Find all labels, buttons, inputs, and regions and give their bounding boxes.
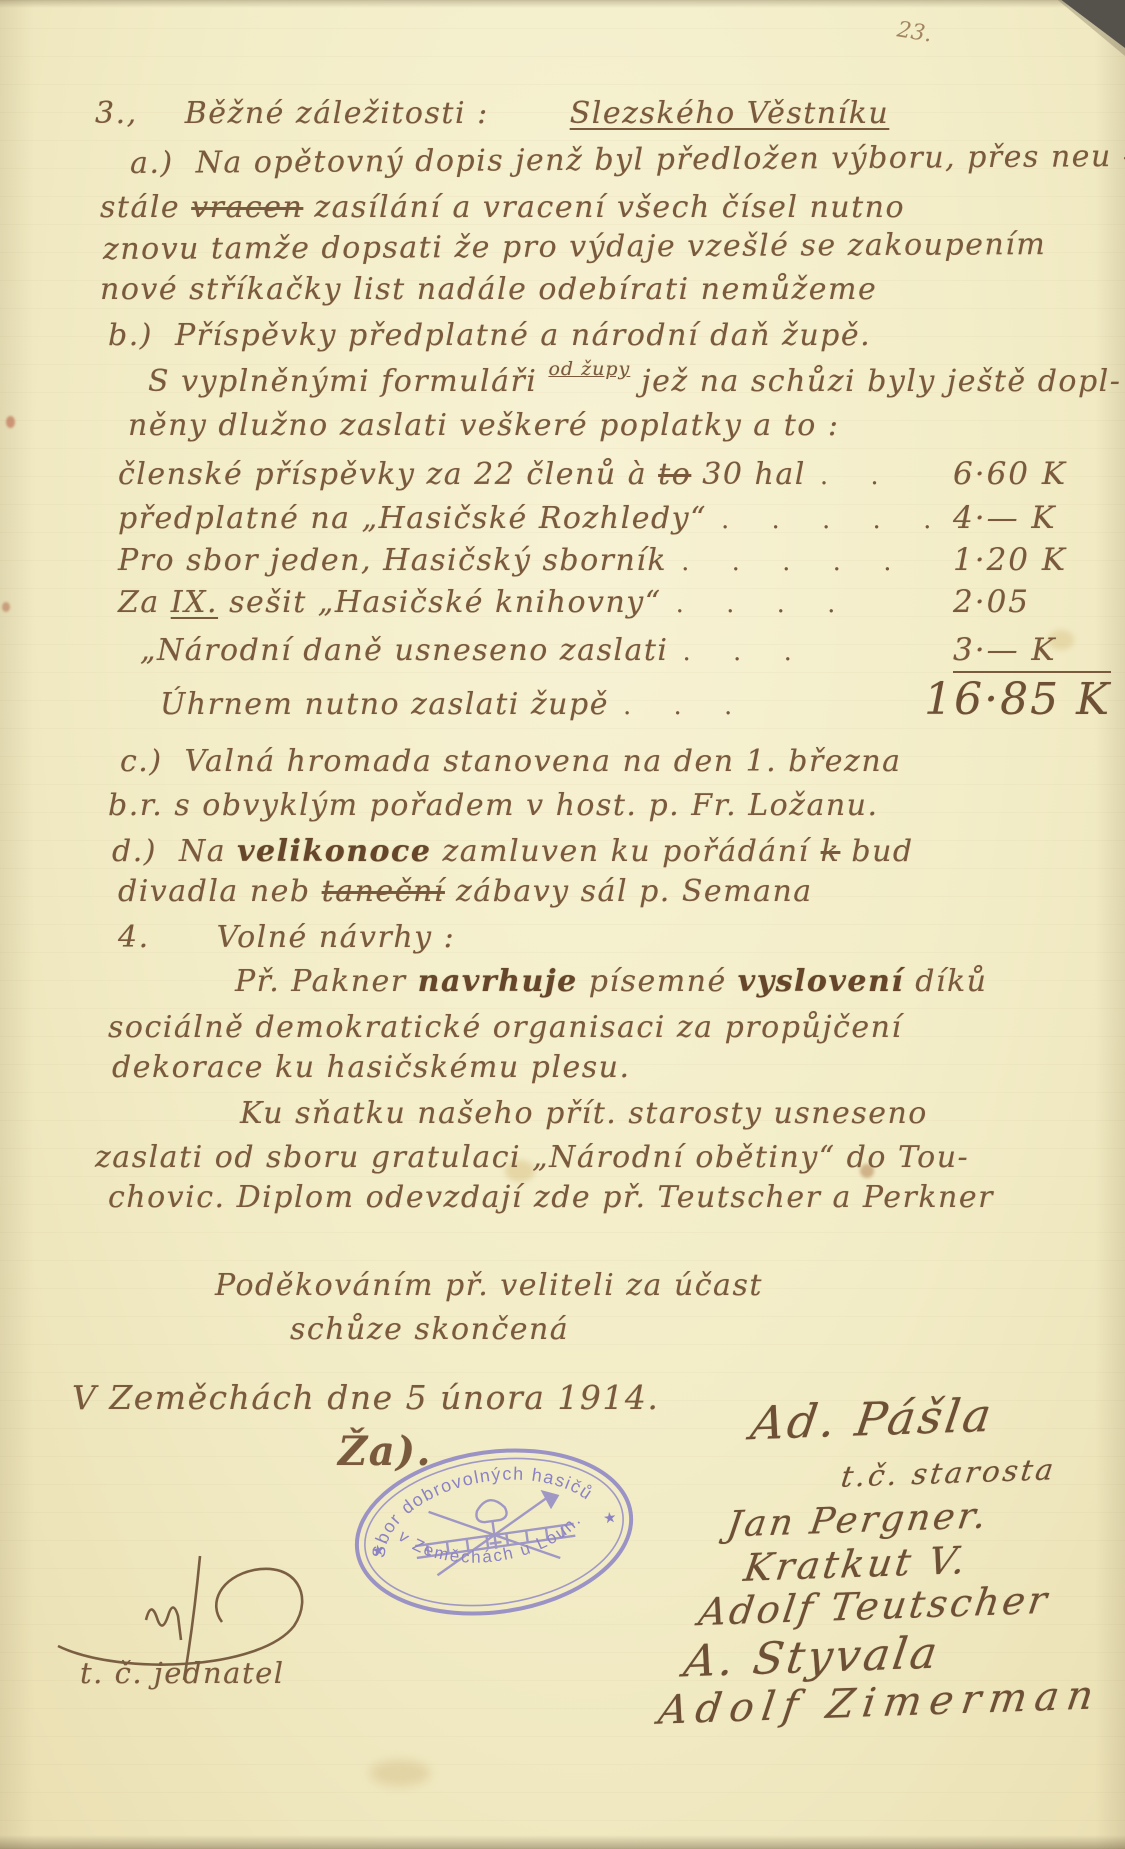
section-title: Běžné záležitosti : xyxy=(185,96,489,131)
stamp-bottom-text: v Zeměchách u Loun. xyxy=(393,1502,590,1579)
item-a-line4: nové stříkačky list nadále odebírati nem… xyxy=(100,272,877,307)
scan-edge-bottom xyxy=(0,1835,1125,1849)
volume-numeral: IX. xyxy=(171,585,218,620)
proposal-text1c: díků xyxy=(904,964,987,999)
item-c-marker: c.) xyxy=(120,744,163,779)
item-d-text1b: zamluven ku pořádání xyxy=(431,834,820,869)
item-d-struck-word: taneční xyxy=(322,874,445,909)
item-d-line1: d.)Na velikonoce zamluven ku pořádání k … xyxy=(112,834,914,869)
signature-starosta-role: t.č. starosta xyxy=(839,1452,1059,1493)
fee-amount: 4·— K xyxy=(953,500,1111,536)
fee-amount: 2·05 xyxy=(953,584,1111,620)
fee-total-label: Úhrnem nutno zaslati župě xyxy=(160,687,609,722)
item-a-text1: Na opětovný dopis jenž byl předložen výb… xyxy=(196,139,1125,181)
item-d-line2: divadla neb taneční zábavy sál p. Semana xyxy=(118,874,813,909)
fee-row-dan: „Národní daně usneseno zaslati . . . 3·—… xyxy=(118,632,1111,673)
scan-edge-top xyxy=(0,0,1125,8)
item-d-text2a: divadla neb xyxy=(118,874,322,909)
wedding-line1: Ku sňatku našeho přít. starosty usneseno xyxy=(240,1096,928,1131)
section-4-index: 4. xyxy=(118,920,150,955)
item-a-line2: stále vracen zasílání a vracení všech čí… xyxy=(100,190,905,225)
manuscript-page: 23. 3., Běžné záležitosti : Slezského Vě… xyxy=(0,0,1125,1849)
proposal-line2: sociálně demokratické organisaci za prop… xyxy=(108,1010,903,1045)
star-icon: ★ xyxy=(370,1541,386,1560)
fee-label-pre: členské příspěvky za 22 členů à xyxy=(118,457,658,492)
interline-insertion: od župy xyxy=(548,358,630,380)
fee-label-post: 30 hal xyxy=(691,457,806,492)
item-a-text2a: stále xyxy=(100,190,191,225)
fee-label-pre: Za xyxy=(118,585,171,620)
fee-amount-underlined: 3·— K xyxy=(953,632,1111,673)
proposal-line3: dekorace ku hasičskému plesu. xyxy=(112,1050,631,1085)
fee-label-post: sešit „Hasičské knihovny“ xyxy=(218,585,662,620)
proposal-emph1: navrhuje xyxy=(418,964,578,999)
fee-label: „Národní daně usneseno zaslati xyxy=(140,633,669,668)
fee-row-sbornik: Pro sbor jeden, Hasičský sborník . . . .… xyxy=(118,542,1111,578)
dateline: V Zeměchách dne 5 února 1914. xyxy=(72,1378,659,1417)
star-icon: ★ xyxy=(602,1509,618,1528)
item-b-text1b: jež na schůzi byly ještě dopl- xyxy=(630,364,1121,399)
item-c-line2: b.r. s obvyklým pořadem v host. p. Fr. L… xyxy=(108,788,879,823)
fee-row-rozhledy: předplatné na „Hasičské Rozhledy“ . . . … xyxy=(118,500,1111,536)
fee-row-total: Úhrnem nutno zaslati župě . . . 16·85 K xyxy=(118,674,1111,725)
section-4-heading: 4. Volné návrhy : xyxy=(118,920,455,955)
proposal-line1: Př. Pakner navrhuje písemné vyslovení dí… xyxy=(235,964,988,999)
closing-line2: schůze skončená xyxy=(290,1312,569,1347)
fee-label: Za IX. sešit „Hasičské knihovny“ xyxy=(118,585,662,620)
item-c-line1: c.)Valná hromada stanovena na den 1. bře… xyxy=(120,744,902,779)
item-d-text2b: zábavy sál p. Semana xyxy=(445,874,813,909)
proposal-text1a: Př. Pakner xyxy=(235,964,418,999)
fee-amount: 6·60 K xyxy=(953,456,1111,492)
item-b-line1: S vyplněnými formuláři od župy jež na sc… xyxy=(148,364,1121,399)
proposal-text1b: písemné xyxy=(578,964,738,999)
item-d-marker: d.) xyxy=(112,834,157,869)
ink-speck xyxy=(2,602,10,612)
fee-label: předplatné na „Hasičské Rozhledy“ xyxy=(118,501,707,536)
fee-amount: 1·20 K xyxy=(953,542,1111,578)
item-b-line2: něny dlužno zaslati veškeré poplatky a t… xyxy=(128,408,840,443)
fee-total-amount: 16·85 K xyxy=(924,674,1111,725)
section-4-title: Volné návrhy : xyxy=(217,920,456,955)
signature-starosta: Ad. Pášla xyxy=(748,1388,998,1450)
section-index: 3., xyxy=(95,96,138,131)
item-a-line1: a.)Na opětovný dopis jenž byl předložen … xyxy=(130,139,1125,181)
fee-label: členské příspěvky za 22 členů à to 30 ha… xyxy=(118,457,806,492)
dot-leader: . . . . . xyxy=(707,505,953,535)
dot-leader: . . . xyxy=(609,691,924,721)
item-b-title-text: Příspěvky předplatné a národní daň župě. xyxy=(175,318,871,353)
item-b-marker: b.) xyxy=(108,318,153,353)
fee-row-knihovna: Za IX. sešit „Hasičské knihovny“ . . . .… xyxy=(118,584,1111,620)
secretary-role: t. č. jednatel xyxy=(80,1656,285,1690)
fee-label: Pro sbor jeden, Hasičský sborník xyxy=(118,543,667,578)
item-a-struck-word: vracen xyxy=(191,190,303,225)
closing-line1: Poděkováním př. veliteli za účast xyxy=(215,1268,763,1303)
ink-speck xyxy=(6,416,15,428)
dot-leader: . . . xyxy=(669,637,953,667)
dot-leader: . . . . . xyxy=(667,547,953,577)
wedding-line2: zaslati od sboru gratulaci „Národní obět… xyxy=(95,1140,969,1175)
section-heading: 3., Běžné záležitosti : Slezského Věstní… xyxy=(95,96,889,131)
dot-leader: . . . . xyxy=(662,589,953,619)
item-d-text1a: Na xyxy=(179,834,237,869)
item-b-title: b.)Příspěvky předplatné a národní daň žu… xyxy=(108,318,871,353)
wedding-line3: chovic. Diplom odevzdají zde př. Teutsch… xyxy=(108,1180,994,1215)
item-b-text1a: S vyplněnými formuláři xyxy=(148,364,548,399)
item-d-struck-letter: k xyxy=(821,834,841,869)
item-a-marker: a.) xyxy=(130,146,174,181)
paper-stain xyxy=(370,1760,430,1786)
fee-row-members: členské příspěvky za 22 členů à to 30 ha… xyxy=(118,456,1111,492)
item-c-text1: Valná hromada stanovena na den 1. března xyxy=(185,744,902,779)
dot-leader: . . xyxy=(806,461,953,491)
item-d-text1c: bud xyxy=(840,834,913,869)
page-number: 23. xyxy=(895,17,933,47)
proposal-emph2: vyslovení xyxy=(738,964,904,999)
section-subject: Slezského Věstníku xyxy=(570,96,890,131)
svg-text:v Zeměchách u Loun.: v Zeměchách u Loun. xyxy=(393,1502,590,1579)
item-a-text2b: zasílání a vracení všech čísel nutno xyxy=(303,190,905,225)
item-a-line3: znovu tamže dopsati že pro výdaje vzešlé… xyxy=(103,227,1046,267)
fee-struck-word: to xyxy=(658,457,691,492)
item-d-emph-word: velikonoce xyxy=(237,834,431,869)
